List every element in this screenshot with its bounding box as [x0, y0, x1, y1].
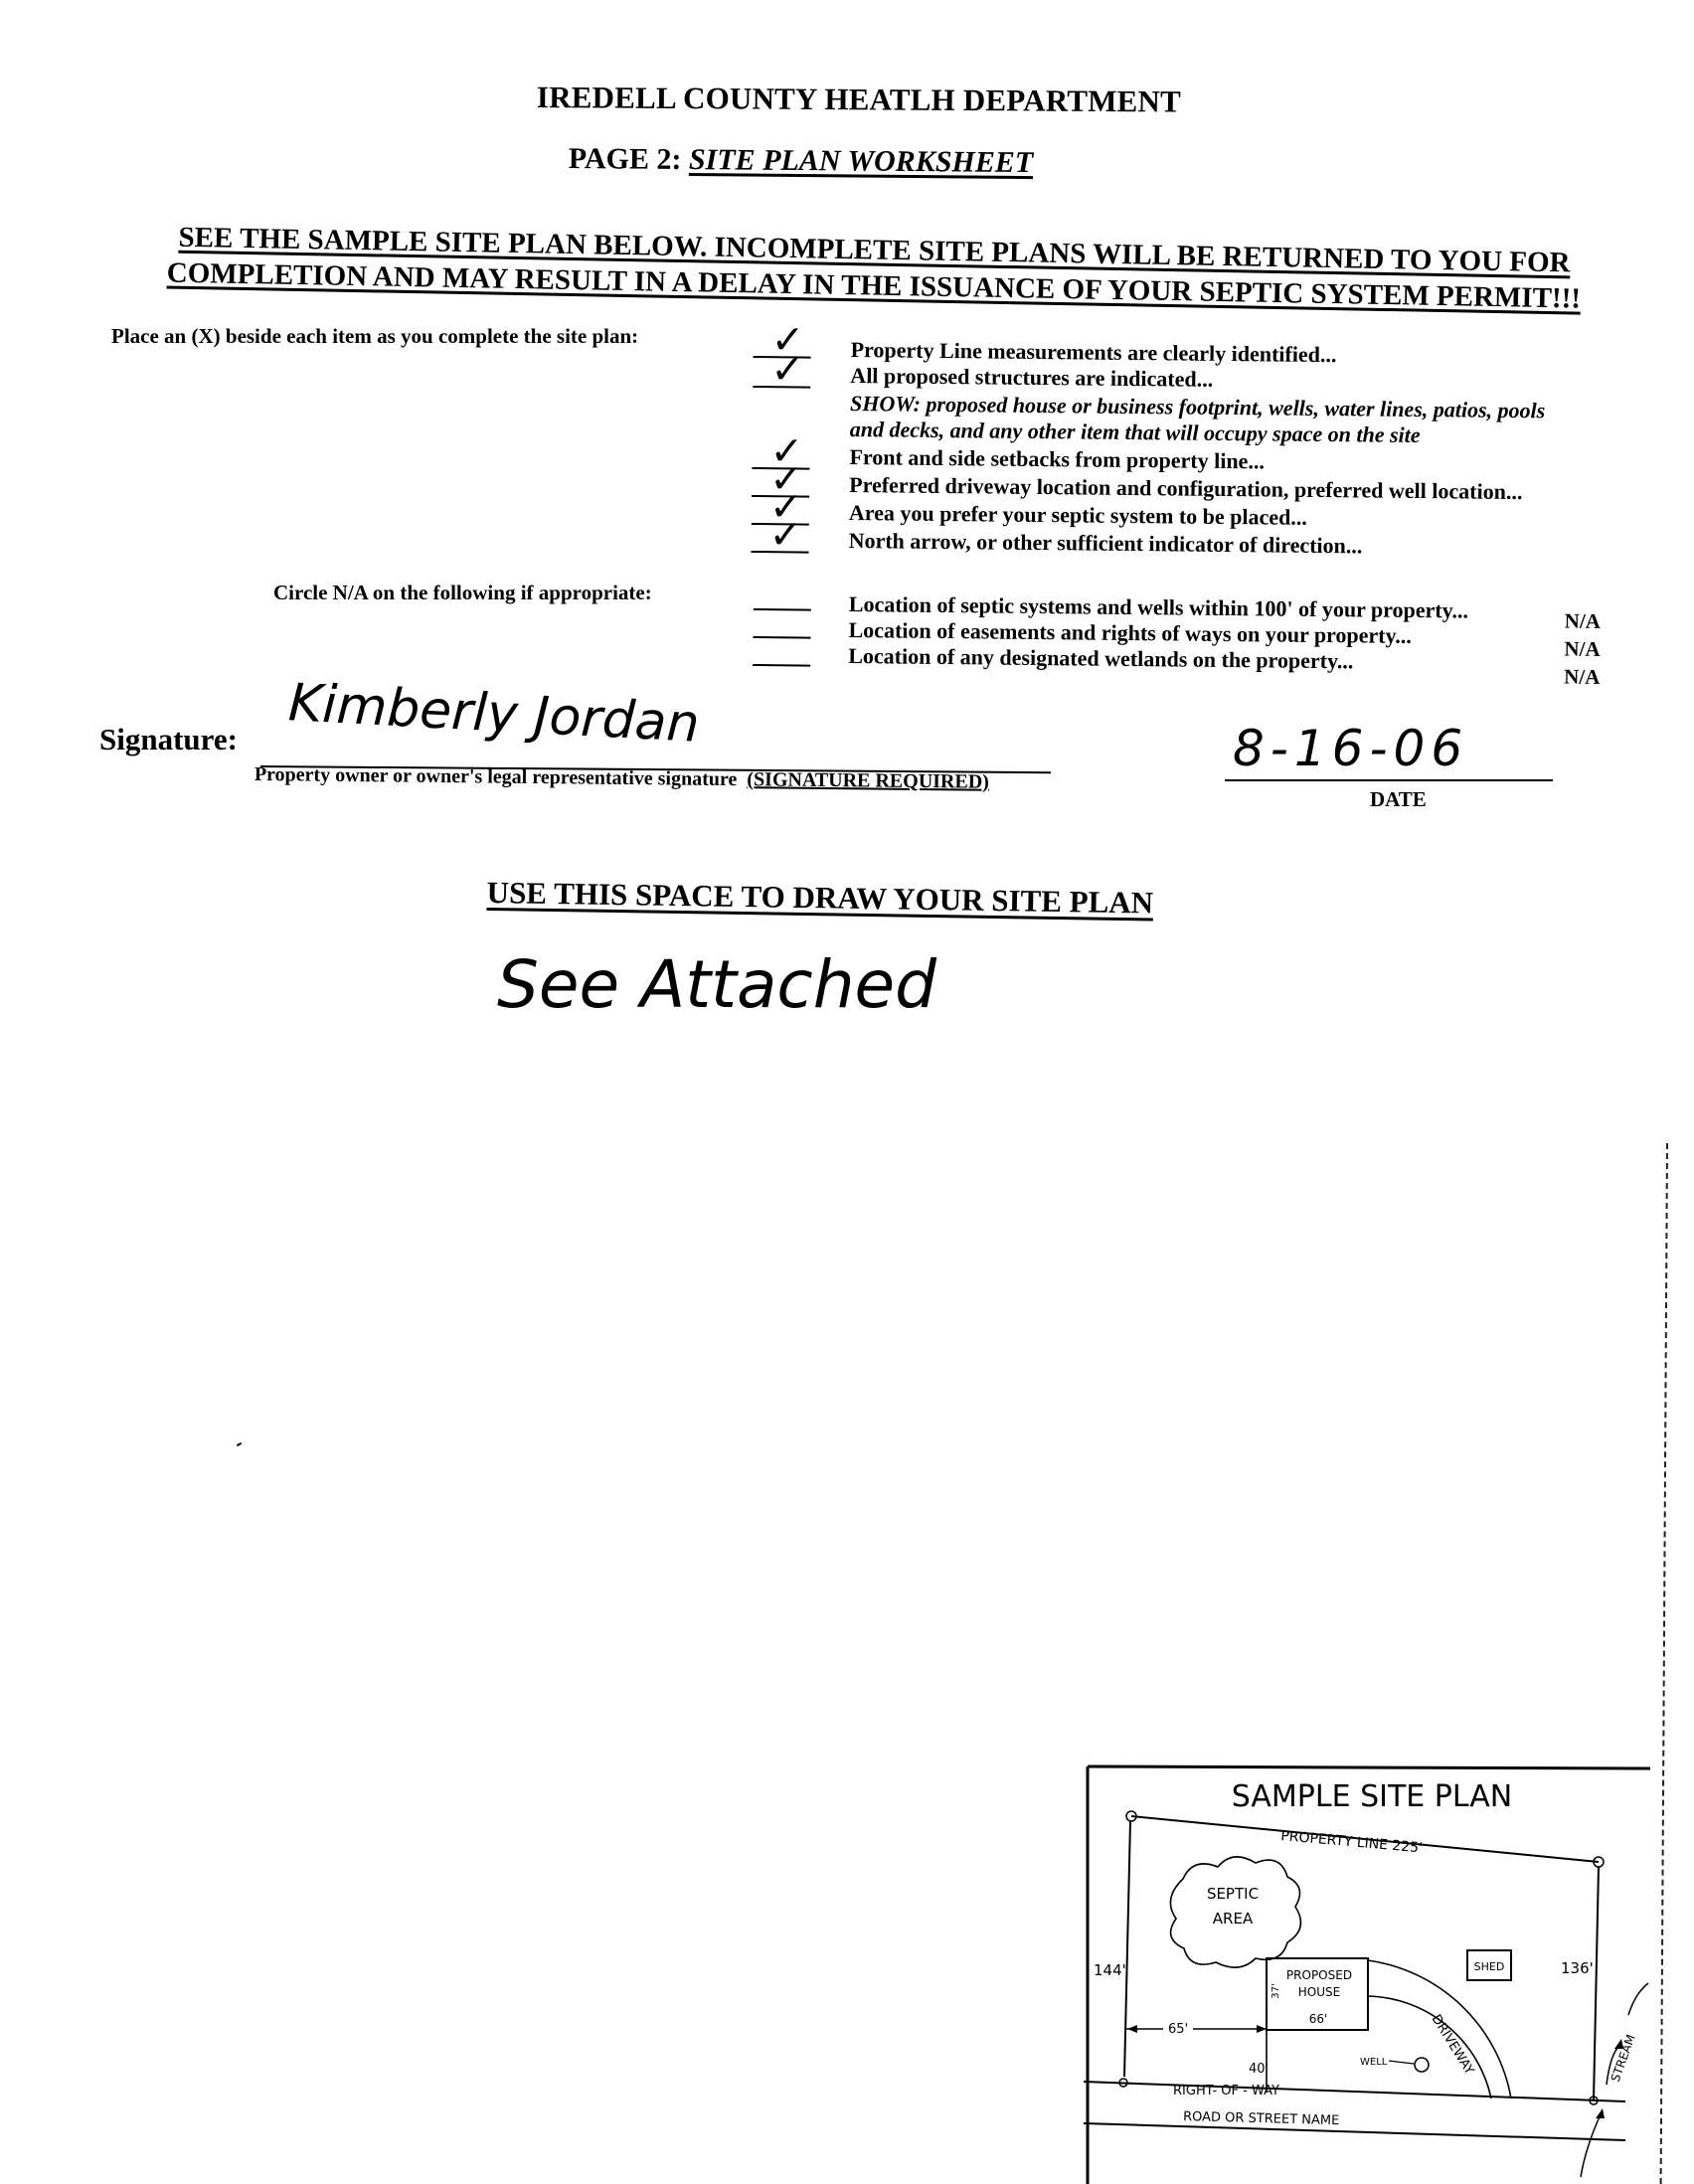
right-of-way-label: RIGHT- OF - WAY — [1173, 2084, 1279, 2099]
sample-site-plan: SAMPLE SITE PLAN PROPERTY LINE 225' SEPT… — [1084, 1755, 1670, 2184]
drawing-area-title: USE THIS SPACE TO DRAW YOUR SITE PLAN — [486, 875, 1153, 922]
sample-title: SAMPLE SITE PLAN — [1232, 1779, 1512, 1814]
na-list: Location of septic systems and wells wit… — [753, 590, 1628, 689]
handwritten-date: 8-16-06 — [1233, 720, 1468, 777]
shed-label: SHED — [1474, 1960, 1505, 1973]
left-side-length: 144' — [1094, 1961, 1126, 1979]
na-item-wetlands: Location of any designated wetlands on t… — [848, 643, 1353, 674]
signature-caption-text: Property owner or owner's legal represen… — [254, 763, 738, 790]
house-label-1: PROPOSED — [1286, 1968, 1352, 1982]
checklist-item-septic-area: Area you prefer your septic system to be… — [849, 500, 1307, 531]
scan-speck — [237, 1442, 242, 1446]
well-label: WELL — [1360, 2057, 1388, 2068]
na-blank-easements[interactable] — [753, 636, 810, 639]
checkmark-icon: ✓ — [768, 515, 802, 555]
house-depth: 37' — [1270, 1983, 1281, 1998]
property-line-label: PROPERTY LINE 225' — [1280, 1828, 1424, 1856]
checklist-item-structures: All proposed structures are indicated... — [850, 363, 1213, 393]
signature-label: Signature: — [99, 722, 238, 757]
signature-required-note: (SIGNATURE REQUIRED) — [747, 768, 989, 793]
road-label: ROAD OR STREET NAME — [1183, 2109, 1340, 2128]
drawing-area[interactable] — [1094, 994, 1650, 1730]
na-option-septic-wells[interactable]: N/A — [1565, 609, 1601, 634]
department-title: IREDELL COUNTY HEATLH DEPARTMENT — [537, 80, 1181, 120]
septic-label-2: AREA — [1213, 1910, 1254, 1928]
handwritten-signature: Kimberly Jordan — [287, 673, 701, 755]
checklist: ✓ Property Line measurements are clearly… — [751, 316, 1628, 584]
signature-caption: Property owner or owner's legal represen… — [254, 763, 989, 794]
date-label: DATE — [1370, 787, 1427, 812]
na-instruction: Circle N/A on the following if appropria… — [273, 581, 652, 605]
na-blank-septic-wells[interactable] — [754, 608, 811, 611]
checkmark-icon: ✓ — [770, 350, 804, 390]
na-blank-wetlands[interactable] — [753, 664, 810, 667]
page-label: PAGE 2: — [569, 142, 682, 176]
house-width: 66' — [1309, 2012, 1328, 2026]
na-option-wetlands[interactable]: N/A — [1564, 665, 1600, 690]
checklist-item-north-arrow: North arrow, or other sufficient indicat… — [849, 528, 1363, 559]
page-title: SITE PLAN WORKSHEET — [689, 143, 1033, 179]
right-side-length: 136' — [1561, 1959, 1594, 1977]
driveway-label: DRIVEWAY — [1429, 2012, 1477, 2078]
handwritten-see-attached: See Attached — [497, 946, 936, 1023]
date-line[interactable] — [1225, 779, 1553, 781]
septic-label-1: SEPTIC — [1207, 1885, 1259, 1903]
na-option-easements[interactable]: N/A — [1564, 637, 1600, 662]
checklist-item-setbacks: Front and side setbacks from property li… — [849, 444, 1265, 474]
page-heading: PAGE 2: SITE PLAN WORKSHEET — [569, 142, 1034, 180]
checklist-show-note-2: and decks, and any other item that will … — [850, 417, 1421, 448]
house-label-2: HOUSE — [1298, 1985, 1340, 1999]
incomplete-warning: SEE THE SAMPLE SITE PLAN BELOW. INCOMPLE… — [138, 219, 1610, 317]
front-setback: 40' — [1249, 2062, 1269, 2077]
checklist-instruction: Place an (X) beside each item as you com… — [111, 324, 638, 349]
side-setback: 65' — [1168, 2022, 1188, 2037]
sample-site-plan-drawing: SAMPLE SITE PLAN PROPERTY LINE 225' SEPT… — [1084, 1755, 1670, 2184]
